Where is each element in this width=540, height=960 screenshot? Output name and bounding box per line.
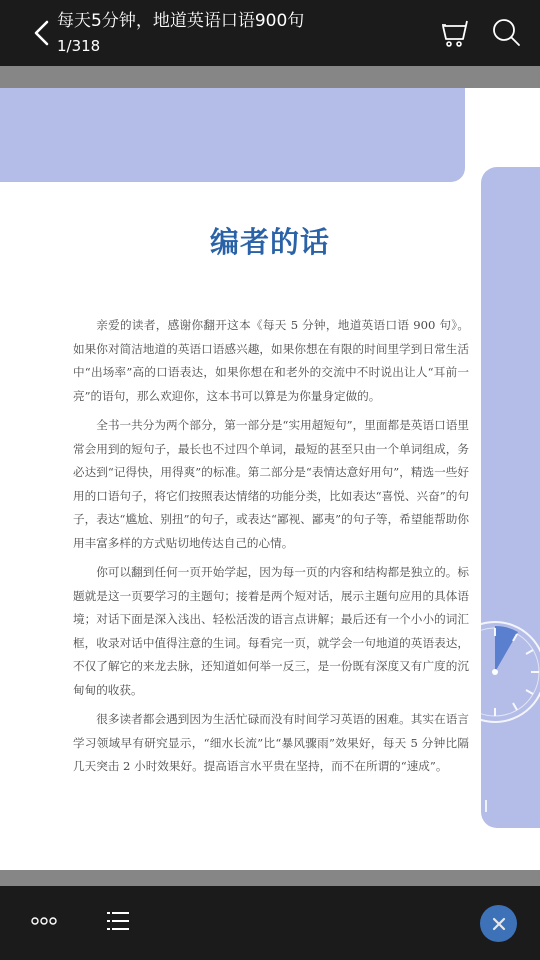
paragraph: 全书一共分为两个部分，第一部分是“实用超短句”，里面都是英语口语里常会用到的短句… — [73, 414, 469, 555]
bottom-toolbar — [0, 886, 540, 960]
search-button[interactable] — [491, 17, 521, 47]
decorative-top-band — [0, 88, 465, 182]
book-page[interactable]: 编者的话 亲爱的读者，感谢你翻开这本《每天 5 分钟，地道英语口语 900 句》… — [0, 88, 540, 870]
book-title: 每天5分钟，地道英语口语900句 — [57, 10, 304, 32]
search-icon — [491, 17, 521, 47]
page-body: 亲爱的读者，感谢你翻开这本《每天 5 分钟，地道英语口语 900 句》。如果你对… — [73, 314, 469, 785]
back-button[interactable] — [30, 16, 54, 50]
more-button[interactable] — [30, 912, 60, 924]
page-indicator: 1/318 — [57, 36, 100, 56]
page-gap-bottom — [0, 870, 540, 886]
cart-button[interactable] — [440, 18, 470, 48]
top-toolbar: 每天5分钟，地道英语口语900句 1/318 — [0, 0, 540, 66]
decorative-side-band — [481, 167, 540, 828]
list-icon — [106, 910, 130, 932]
close-button[interactable] — [480, 905, 517, 942]
chevron-left-icon — [30, 16, 54, 50]
paragraph: 你可以翻到任何一页开始学起，因为每一页的内容和结构都是独立的。标题就是这一页要学… — [73, 561, 469, 702]
cart-icon — [440, 18, 470, 48]
page-gap-top — [0, 66, 540, 88]
close-icon — [492, 917, 506, 931]
page-heading: 编者的话 — [0, 220, 540, 261]
more-icon — [30, 915, 60, 927]
paragraph: 很多读者都会遇到因为生活忙碌而没有时间学习英语的困难。其实在语言学习领域早有研究… — [73, 708, 469, 779]
table-of-contents-button[interactable] — [106, 910, 130, 932]
decorative-mark — [485, 800, 487, 812]
paragraph: 亲爱的读者，感谢你翻开这本《每天 5 分钟，地道英语口语 900 句》。如果你对… — [73, 314, 469, 408]
